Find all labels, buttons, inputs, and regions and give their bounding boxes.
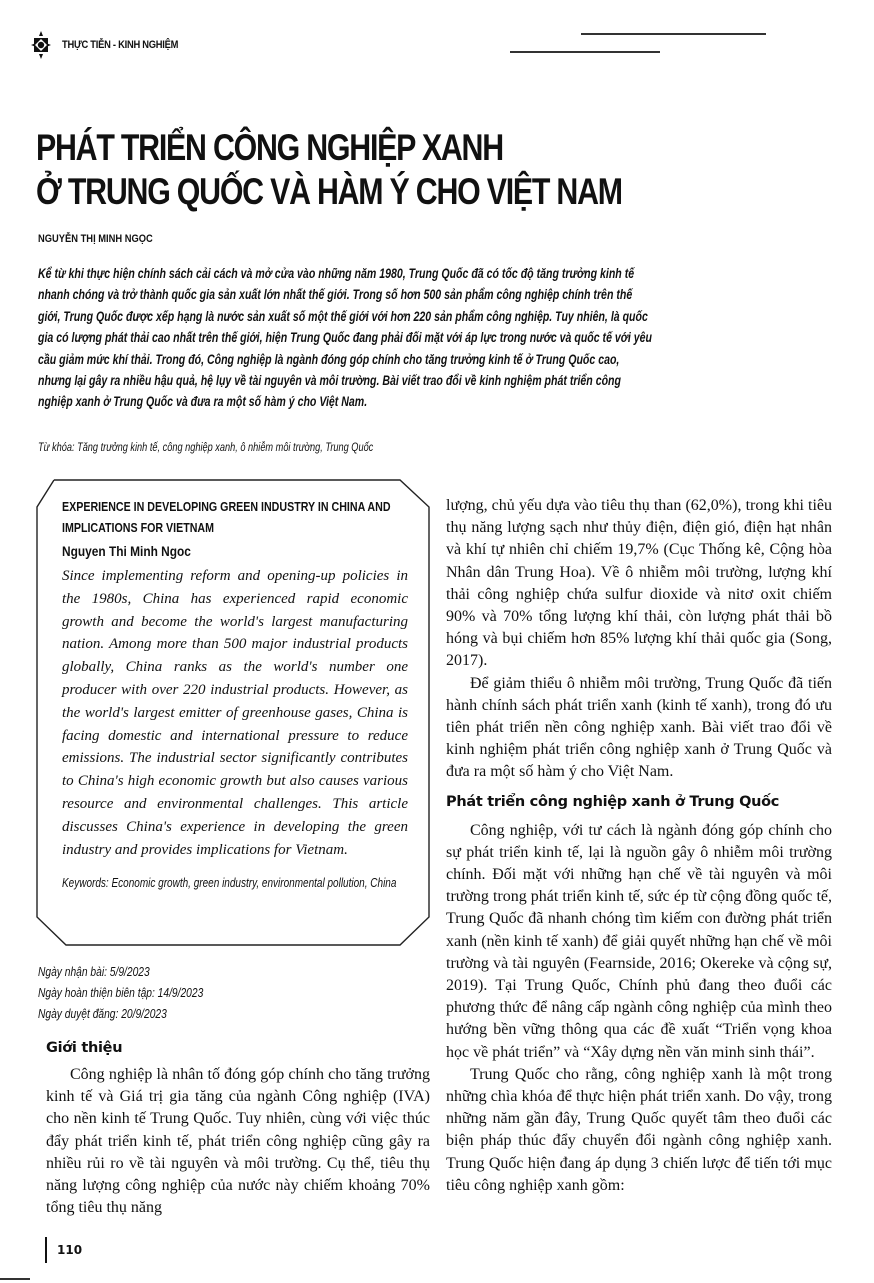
paragraph: Công nghiệp là nhân tố đóng góp chính ch… [46, 1064, 430, 1219]
page-number-bar [45, 1237, 47, 1263]
author-name: NGUYỄN THỊ MINH NGỌC [38, 233, 153, 245]
paragraph: Để giảm thiểu ô nhiễm môi trường, Trung … [446, 673, 832, 784]
publication-dates: Ngày nhận bài: 5/9/2023 Ngày hoàn thiện … [38, 962, 203, 1025]
date-received: Ngày nhận bài: 5/9/2023 [38, 962, 203, 983]
abstract-vietnamese: Kể từ khi thực hiện chính sách cải cách … [38, 263, 654, 413]
page-number-text: 110 [57, 1243, 82, 1257]
intro-heading: Giới thiệu [46, 1040, 430, 1056]
english-abstract: Since implementing reform and opening-up… [62, 565, 408, 861]
article-title: PHÁT TRIỂN CÔNG NGHIỆP XANH Ở TRUNG QUỐC… [36, 126, 544, 214]
running-header: THỰC TIỄN - KINH NGHIỆM [30, 30, 199, 60]
section-heading: Phát triển công nghiệp xanh ở Trung Quốc [446, 794, 832, 810]
title-line-2: Ở TRUNG QUỐC VÀ HÀM Ý CHO VIỆT NAM [36, 170, 544, 214]
paragraph: Công nghiệp, với tư cách là ngành đóng g… [446, 820, 832, 1064]
footer-rule [0, 1278, 30, 1280]
keywords-vietnamese: Từ khóa: Tăng trưởng kinh tế, công nghiệ… [38, 442, 598, 454]
english-abstract-box: EXPERIENCE IN DEVELOPING GREEN INDUSTRY … [36, 479, 430, 946]
english-keywords: Keywords: Economic growth, green industr… [62, 873, 414, 894]
date-approved: Ngày duyệt đăng: 20/9/2023 [38, 1004, 203, 1025]
body-left-column: Giới thiệu Công nghiệp là nhân tố đóng g… [46, 1040, 430, 1219]
compass-diamond-icon [30, 30, 52, 60]
decorative-rule [510, 51, 660, 53]
body-right-column: lượng, chủ yếu dựa vào tiêu thụ than (62… [446, 495, 832, 1197]
paragraph-continued: lượng, chủ yếu dựa vào tiêu thụ than (62… [446, 495, 832, 673]
date-edited: Ngày hoàn thiện biên tập: 14/9/2023 [38, 983, 203, 1004]
paragraph: Trung Quốc cho rằng, công nghiệp xanh là… [446, 1064, 832, 1197]
english-title: EXPERIENCE IN DEVELOPING GREEN INDUSTRY … [62, 496, 406, 538]
title-line-1: PHÁT TRIỂN CÔNG NGHIỆP XANH [36, 126, 544, 170]
page-number: 110 [45, 1237, 82, 1263]
decorative-rule [581, 33, 766, 35]
section-label: THỰC TIỄN - KINH NGHIỆM [62, 39, 178, 51]
english-author: Nguyen Thi Minh Ngoc [62, 543, 191, 559]
